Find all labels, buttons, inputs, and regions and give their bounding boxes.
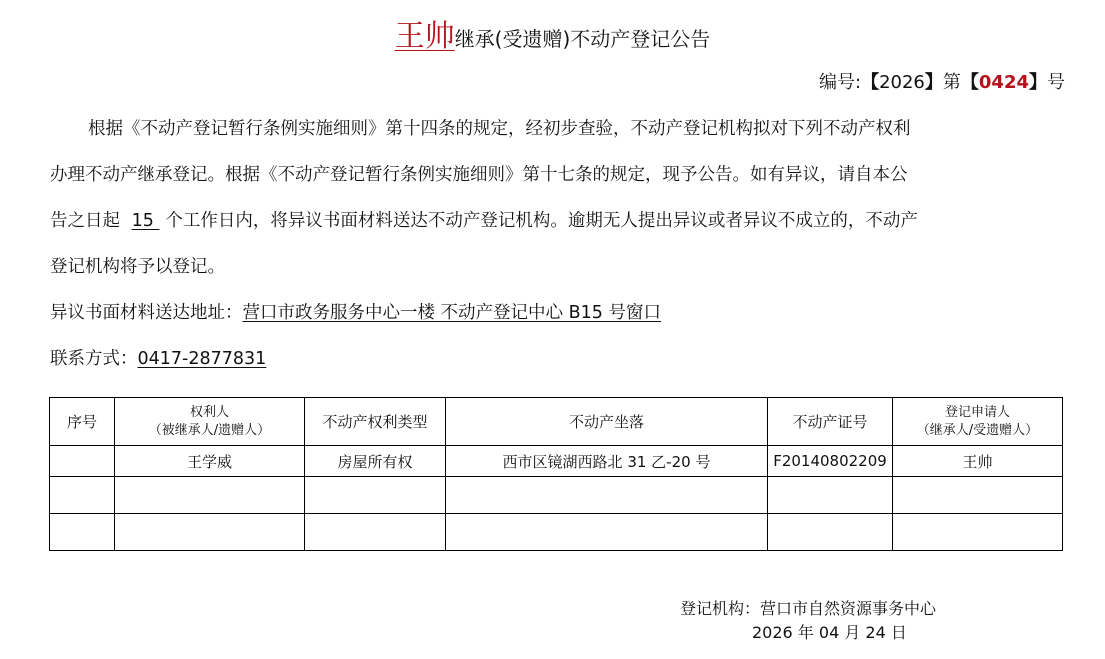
header-cell-location: 不动产坐落 [446,398,768,446]
cell-location: 西市区镜湖西路北 31 乙-20 号 [446,446,768,477]
contact-label: 联系方式： [50,349,138,369]
header-cell-right-holder: 权利人（被继承人/遗赠人） [115,398,305,446]
contact-phone: 0417-2877831 [138,349,267,369]
cell-location [446,477,768,514]
table-header-row: 序号 权利人（被继承人/遗赠人） 不动产权利类型 不动产坐落 不动产证号 登记申… [50,398,1063,446]
header-cell-cert-no: 不动产证号 [768,398,893,446]
contact-info: 联系方式：0417-2877831 [50,347,266,371]
cell-applicant [893,477,1063,514]
doc-number-label: 编号: [819,72,861,93]
header-cell-index: 序号 [50,398,115,446]
table-row [50,477,1063,514]
cell-right-type: 房屋所有权 [305,446,446,477]
cell-applicant: 王帅 [893,446,1063,477]
objection-days: 15 [126,211,166,231]
address-label: 异议书面材料送达地址： [50,303,243,323]
body-line-3: 告之日起 15 个工作日内，将异议书面材料送达不动产登记机构。逾期无人提出异议或… [50,209,918,233]
title-text: 继承(受遗赠)不动产登记公告 [455,27,711,51]
bracket: 【 [961,72,979,93]
body-line-4: 登记机构将予以登记。 [50,255,225,279]
table-row [50,514,1063,551]
bracket: 】 [1029,72,1047,93]
header-cell-applicant: 登记申请人（继承人/受遗赠人） [893,398,1063,446]
applicant-name: 王帅 [395,19,455,54]
notice-title: 王帅继承(受遗赠)不动产登记公告 [0,14,1105,62]
body-text: 个工作日内，将异议书面材料送达不动产登记机构。逾期无人提出异议或者异议不成立的，… [165,211,918,231]
address-value: 营口市政务服务中心一楼 不动产登记中心 B15 号窗口 [243,303,661,323]
bracket: 】 [925,72,943,93]
property-table: 序号 权利人（被继承人/遗赠人） 不动产权利类型 不动产坐落 不动产证号 登记申… [49,397,1063,551]
body-line-2: 办理不动产继承登记。根据《不动产登记暂行条例实施细则》第十七条的规定，现予公告。… [50,163,908,187]
registration-agency: 登记机构：营口市自然资源事务中心 [680,597,936,621]
cell-cert-no [768,477,893,514]
cell-right-holder [115,514,305,551]
cell-location [446,514,768,551]
cell-right-type [305,514,446,551]
cell-right-holder [115,477,305,514]
cell-index [50,446,115,477]
header-cell-right-type: 不动产权利类型 [305,398,446,446]
cell-right-holder: 王学威 [115,446,305,477]
cell-cert-no: F20140802209 [768,446,893,477]
cell-index [50,477,115,514]
cell-right-type [305,477,446,514]
doc-serial-number: 0424 [979,72,1029,93]
doc-number-suffix: 号 [1047,72,1065,93]
cell-applicant [893,514,1063,551]
document-number: 编号:【2026】第【0424】号 [819,70,1065,96]
objection-address: 异议书面材料送达地址：营口市政务服务中心一楼 不动产登记中心 B15 号窗口 [50,301,661,325]
notice-date: 2026 年 04 月 24 日 [752,621,907,645]
bracket: 【 [861,72,879,93]
cell-cert-no [768,514,893,551]
doc-year: 2026 [879,72,925,93]
doc-number-mid: 第 [943,72,961,93]
body-text: 告之日起 [50,211,120,231]
table-row: 王学威 房屋所有权 西市区镜湖西路北 31 乙-20 号 F2014080220… [50,446,1063,477]
cell-index [50,514,115,551]
body-line-1: 根据《不动产登记暂行条例实施细则》第十四条的规定，经初步查验，不动产登记机构拟对… [88,117,911,141]
